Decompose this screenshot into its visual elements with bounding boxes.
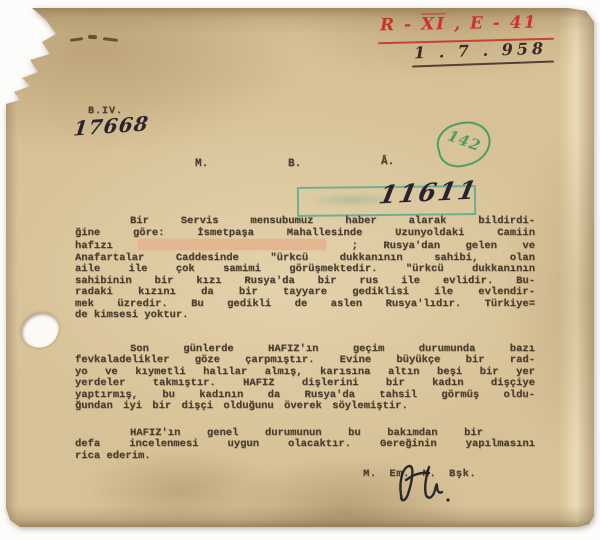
red-code-suffix: , E - 41 bbox=[446, 13, 538, 35]
paragraph: Bir Servis mensubumuz haber alarak bildi… bbox=[75, 216, 535, 322]
paragraph: HAFIZ'ın genel durumunun bu bakımdan bir… bbox=[75, 428, 535, 463]
circled-page-number: 142 bbox=[432, 116, 495, 172]
letterhead-initial-b: B. bbox=[288, 158, 301, 170]
torn-hole bbox=[17, 307, 62, 352]
typed-line: ğundan iyi bir dişçi olduğunu överek söy… bbox=[75, 401, 535, 413]
typed-text: ; Rusya'dan gelen ve bbox=[352, 240, 535, 252]
typed-text: hafızı bbox=[75, 240, 113, 252]
red-code-roman-numeral: XI bbox=[421, 13, 447, 34]
typed-line: ğine göre: İsmetpaşa Mahallesinde Uzunyo… bbox=[75, 228, 535, 240]
file-number-handwritten: 17668 bbox=[72, 111, 150, 140]
handwritten-signature bbox=[392, 458, 456, 508]
red-reference-code: R - XI , E - 41 bbox=[380, 13, 538, 36]
paper-shadow: R - XI , E - 41 1 . 7 . 958 B.IV. 17668 … bbox=[0, 0, 600, 540]
paragraph: Son günlerde HAFIZ'ın geçim durumunda ba… bbox=[75, 344, 535, 413]
handwritten-date: 1 . 7 . 958 bbox=[414, 39, 548, 63]
staple-mark bbox=[70, 37, 83, 42]
typed-line: Bir Servis mensubumuz haber alarak bildi… bbox=[75, 216, 535, 228]
scanned-document: R - XI , E - 41 1 . 7 . 958 B.IV. 17668 … bbox=[0, 0, 600, 540]
typed-line: aile ile çok samimi görüşmektedir. "ürkc… bbox=[75, 264, 535, 276]
red-code-prefix: R - bbox=[380, 15, 421, 36]
paper-sheet: R - XI , E - 41 1 . 7 . 958 B.IV. 17668 … bbox=[6, 8, 594, 527]
typed-line: fevkaladelikler göze çarpmıştır. Evine b… bbox=[75, 355, 535, 367]
typed-line: de kimsesi yoktur. bbox=[75, 310, 535, 322]
typed-line: defa incelenmesi uygun olacaktır. Gereği… bbox=[75, 439, 535, 451]
redaction-bar bbox=[138, 239, 326, 250]
typed-line: rica ederim. bbox=[75, 451, 535, 463]
staple-mark bbox=[103, 37, 118, 42]
typed-line: yerdeler takmıştır. HAFIZ dişlerini bir … bbox=[75, 378, 535, 390]
typed-line: radaki kızını da bir tayyare gediklisi i… bbox=[75, 287, 535, 299]
circled-number-text: 142 bbox=[445, 126, 483, 155]
staple-mark bbox=[88, 35, 97, 40]
document-body: Bir Servis mensubumuz haber alarak bildi… bbox=[75, 216, 535, 462]
registry-number-handwritten: 11611 bbox=[377, 175, 481, 209]
letterhead-initial-a: Â. bbox=[381, 156, 394, 168]
letterhead-initial-m: M. bbox=[195, 158, 208, 170]
typed-line: hafızı ; Rusya'dan gelen ve bbox=[75, 239, 535, 253]
